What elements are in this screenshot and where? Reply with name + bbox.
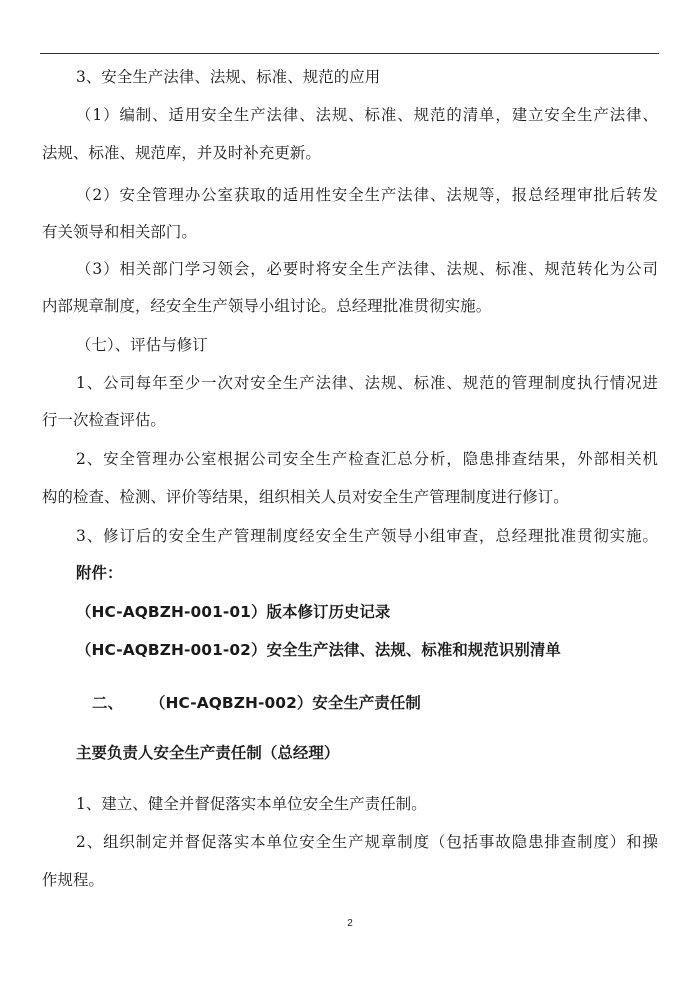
paragraph-line: （2）安全管理办公室获取的适用性安全生产法律、法规等，报总经理审批后转发 (76, 185, 658, 205)
attachment-item: （HC-AQBZH-001-02）安全生产法律、法规、标准和规范识别清单 (76, 640, 658, 660)
chapter-title: （HC-AQBZH-002）安全生产责任制 (150, 694, 421, 712)
paragraph-line: 1、公司每年至少一次对安全生产法律、法规、标准、规范的管理制度执行情况进 (76, 373, 658, 393)
paragraph-line: （3）相关部门学习领会，必要时将安全生产法律、法规、标准、规范转化为公司 (76, 259, 658, 279)
paragraph-line: 构的检查、检测、评价等结果，组织相关人员对安全生产管理制度进行修订。 (42, 487, 658, 507)
attachments-heading: 附件： (76, 563, 658, 583)
paragraph-line: （1）编制、适用安全生产法律、法规、标准、规范的清单，建立安全生产法律、 (76, 105, 658, 125)
paragraph-line: 有关领导和相关部门。 (42, 222, 658, 242)
paragraph-line: 法规、标准、规范库，并及时补充更新。 (42, 143, 658, 163)
attachment-item: （HC-AQBZH-001-01）版本修订历史记录 (76, 602, 658, 622)
page-number: 2 (0, 918, 700, 929)
paragraph-line: 2、组织制定并督促落实本单位安全生产规章制度（包括事故隐患排查制度）和操 (76, 832, 658, 852)
paragraph-line: 2、安全管理办公室根据公司安全生产检查汇总分析，隐患排查结果，外部相关机 (76, 449, 658, 469)
section-heading: （七）、评估与修订 (76, 335, 658, 355)
subsection-heading: 主要负责人安全生产责任制（总经理） (76, 743, 658, 763)
paragraph-line: 作规程。 (42, 870, 658, 890)
section-heading: 3、安全生产法律、法规、标准、规范的应用 (76, 67, 658, 87)
paragraph-line: 内部规章制度，经安全生产领导小组讨论。总经理批准贯彻实施。 (42, 296, 658, 316)
paragraph-line: 3、修订后的安全生产管理制度经安全生产领导小组审查，总经理批准贯彻实施。 (76, 526, 658, 546)
paragraph-line: 行一次检查评估。 (42, 410, 658, 430)
paragraph-line: 1、建立、健全并督促落实本单位安全生产责任制。 (76, 794, 658, 814)
header-rule (40, 53, 659, 54)
chapter-heading: 二、（HC-AQBZH-002）安全生产责任制 (92, 693, 700, 713)
chapter-number: 二、 (92, 693, 150, 713)
